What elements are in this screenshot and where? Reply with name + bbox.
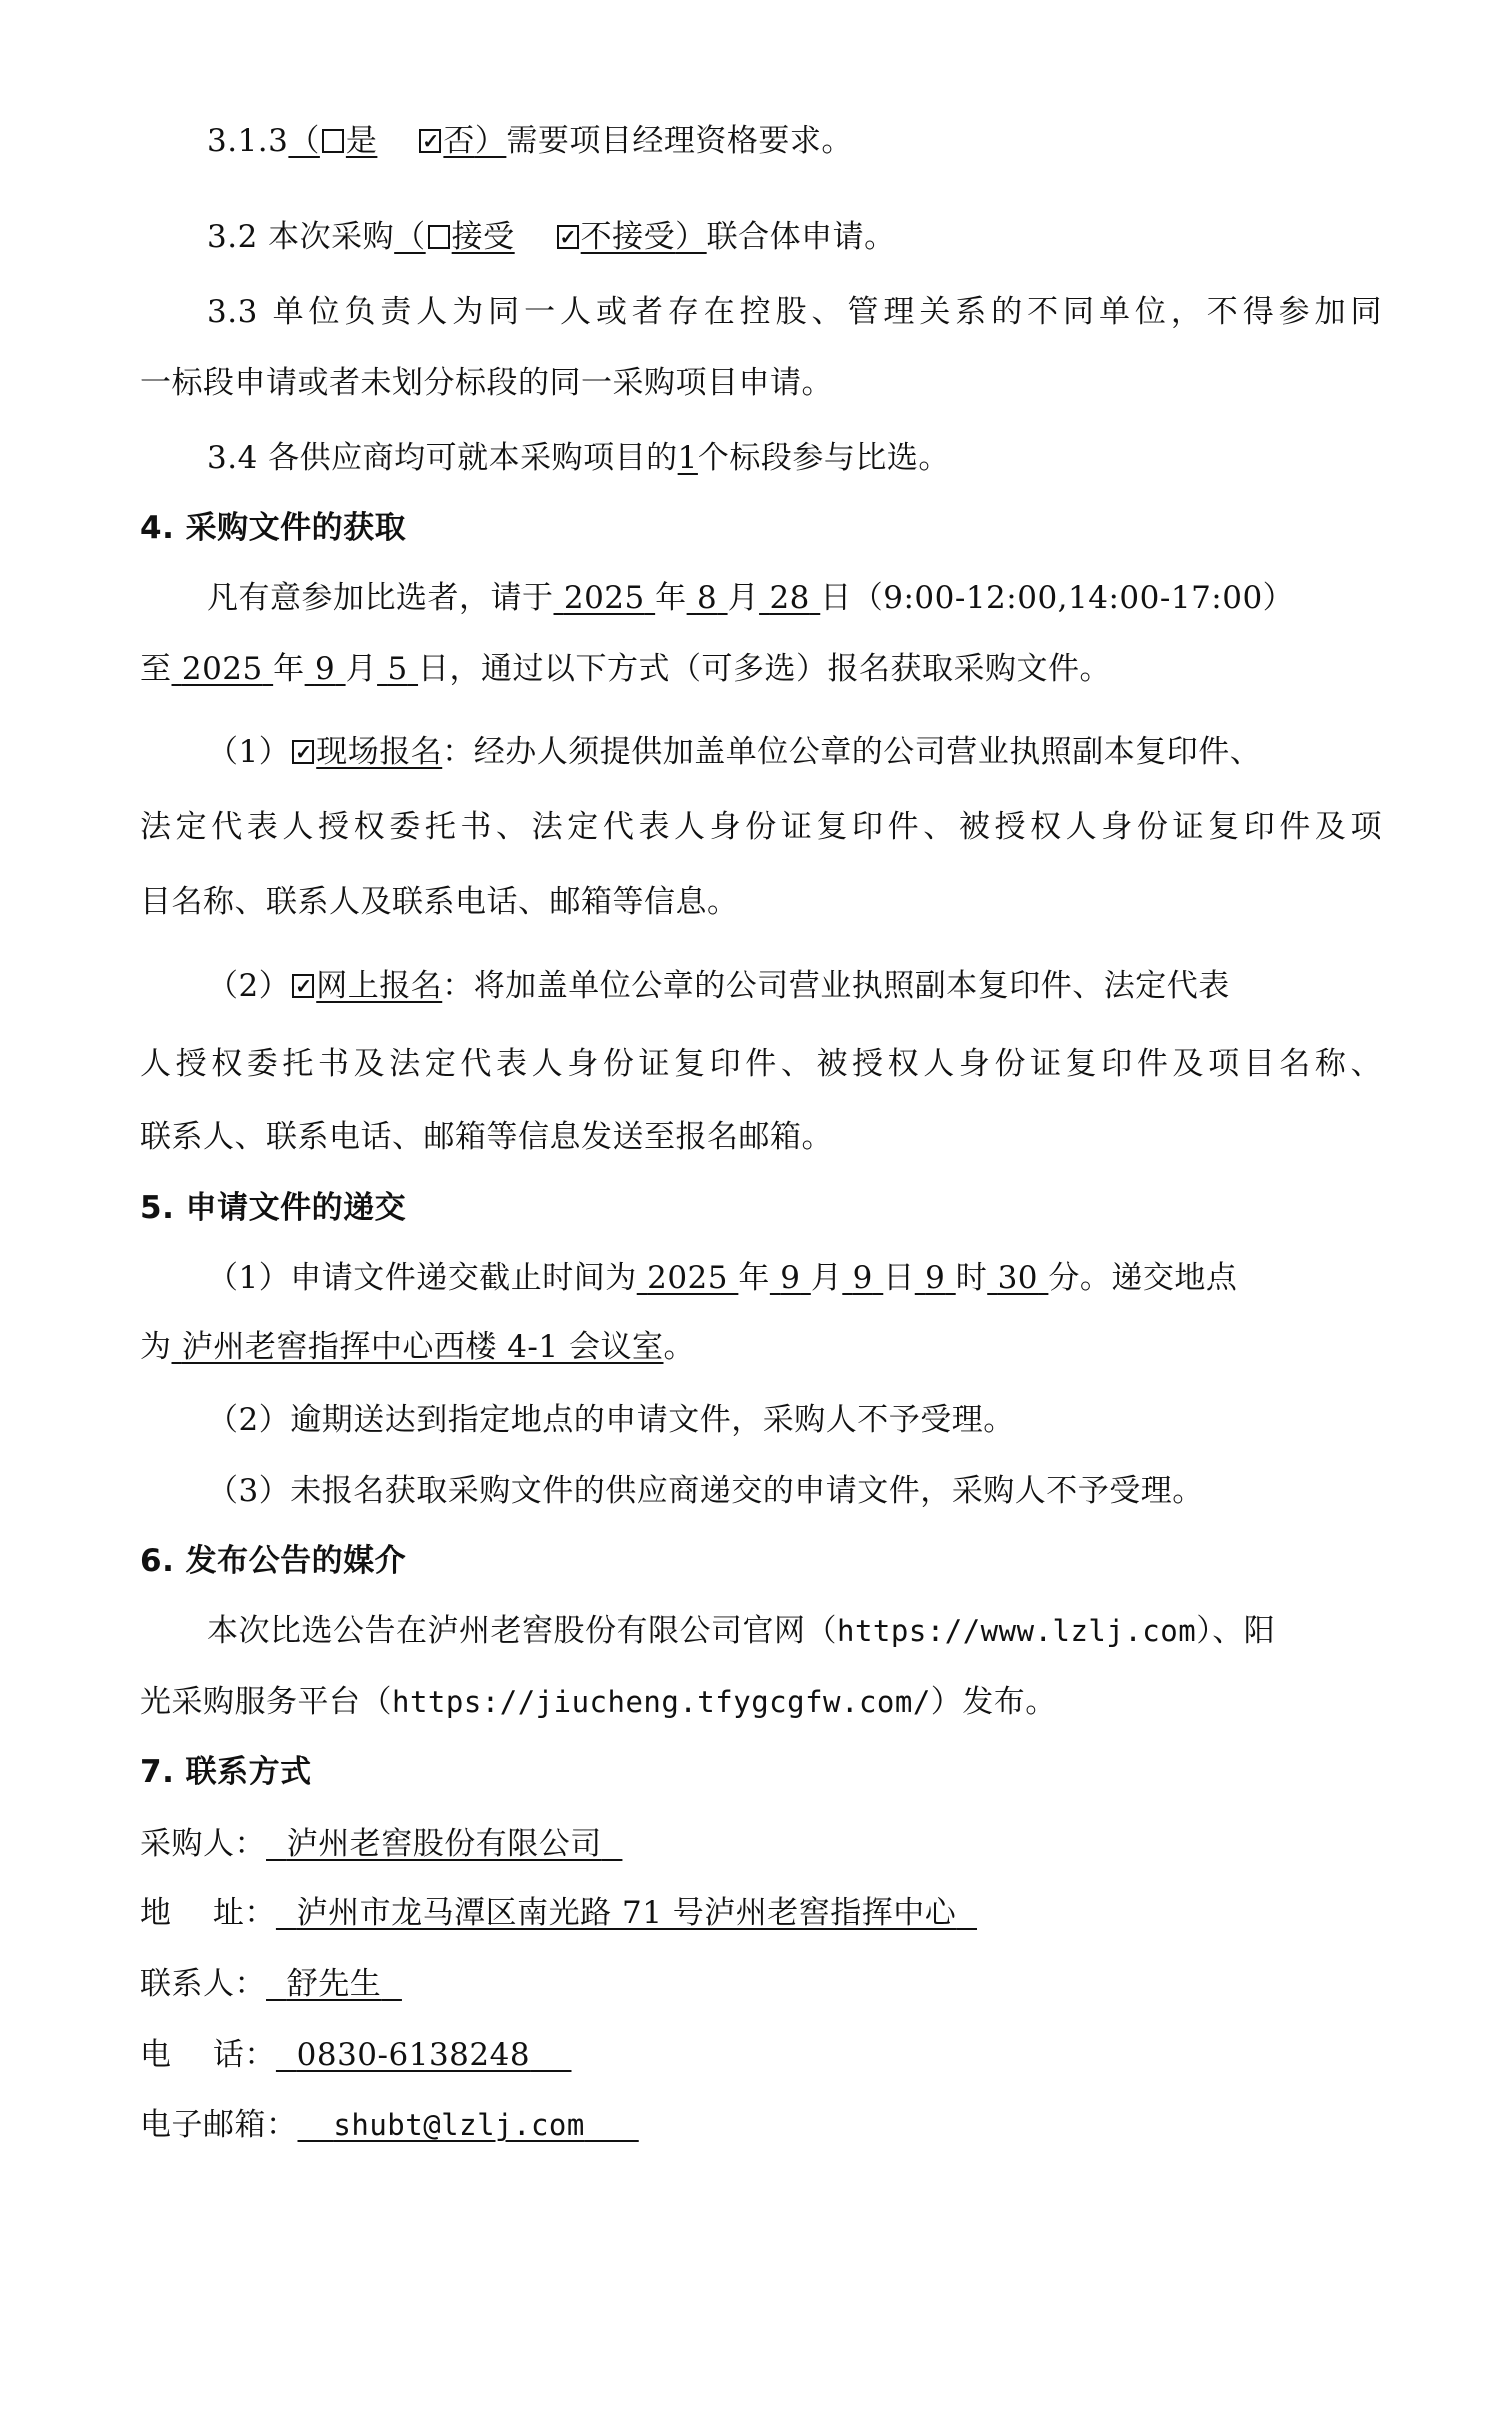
end-day: 5: [377, 651, 418, 687]
office-hours: （9:00-12:00,14:00-17:00）: [852, 580, 1294, 616]
media-line2: 光采购服务平台（https://jiucheng.tfygcgfw.com/）发…: [140, 1682, 1057, 1722]
media-line1: 本次比选公告在泸州老窖股份有限公司官网（https://www.lzlj.com…: [207, 1611, 1275, 1651]
section-4-intro-line1: 凡有意参加比选者，请于 2025 年 8 月 28 日（9:00-12:00,1…: [207, 578, 1294, 618]
item-3-3-line1: 3.3 单位负责人为同一人或者存在控股、管理关系的不同单位，不得参加同: [207, 292, 1382, 332]
contact-address: 地 址： 泸州市龙马潭区南光路 71 号泸州老窖指挥中心: [140, 1893, 977, 1933]
checkbox-reject-checked[interactable]: [557, 225, 579, 249]
online-registration-label: 网上报名: [290, 968, 442, 1004]
method-online-line3: 联系人、联系电话、邮箱等信息发送至报名邮箱。: [140, 1117, 833, 1157]
contact-purchaser: 采购人： 泸州老窖股份有限公司: [140, 1824, 622, 1864]
item-3-3-line2: 一标段申请或者未划分标段的同一采购项目申请。: [140, 363, 833, 403]
purchaser-value: 泸州老窖股份有限公司: [266, 1826, 622, 1862]
method-online-line1: （2）网上报名：将加盖单位公章的公司营业执照副本复印件、法定代表: [207, 966, 1230, 1006]
section-7-heading: 7. 联系方式: [140, 1752, 312, 1792]
onsite-registration-label: 现场报名: [290, 734, 442, 770]
contact-email: 电子邮箱： shubt@lzlj.com: [140, 2105, 639, 2145]
procurement-platform-link[interactable]: https://jiucheng.tfygcgfw.com/: [392, 1685, 931, 1719]
deadline-hour: 9: [915, 1260, 956, 1296]
contact-person-value: 舒先生: [266, 1966, 402, 2002]
method-online-line2: 人授权委托书及法定代表人身份证复印件、被授权人身份证复印件及项目名称、: [140, 1044, 1382, 1084]
deadline-day: 9: [842, 1260, 883, 1296]
deadline-month: 9: [770, 1260, 811, 1296]
submission-deadline-line1: （1）申请文件递交截止时间为 2025 年 9 月 9 日 9 时 30 分。递…: [207, 1258, 1237, 1298]
phone-value: 0830-6138248: [276, 2037, 572, 2073]
document-page: 3.1.3（是否）需要项目经理资格要求。 3.2 本次采购（接受不接受）联合体申…: [0, 0, 1500, 2413]
start-year: 2025: [554, 580, 656, 616]
method-onsite-line1: （1）现场报名：经办人须提供加盖单位公章的公司营业执照副本复印件、: [207, 732, 1261, 772]
start-month: 8: [687, 580, 728, 616]
end-month: 9: [305, 651, 346, 687]
checkbox-no-checked[interactable]: [419, 129, 441, 153]
lot-count: 1: [678, 440, 698, 476]
submission-unregistered-rule: （3）未报名获取采购文件的供应商递交的申请文件，采购人不予受理。: [207, 1471, 1204, 1511]
checkbox-online-checked[interactable]: [292, 974, 314, 998]
submission-location-line: 为 泸州老窖指挥中心西楼 4-1 会议室。: [140, 1327, 695, 1367]
contact-person: 联系人： 舒先生: [140, 1964, 402, 2004]
section-6-heading: 6. 发布公告的媒介: [140, 1541, 406, 1581]
email-value[interactable]: shubt@lzlj.com: [298, 2108, 639, 2142]
contact-phone: 电 话： 0830-6138248: [140, 2035, 572, 2075]
checkbox-onsite-checked[interactable]: [292, 740, 314, 764]
start-day: 28: [759, 580, 820, 616]
method-onsite-line3: 目名称、联系人及联系电话、邮箱等信息。: [140, 882, 739, 922]
submission-late-rule: （2）逾期送达到指定地点的申请文件，采购人不予受理。: [207, 1400, 1015, 1440]
item-3-1-3: 3.1.3（是否）需要项目经理资格要求。: [207, 121, 853, 161]
checkbox-yes[interactable]: [322, 129, 344, 153]
official-website-link[interactable]: https://www.lzlj.com: [837, 1614, 1196, 1648]
deadline-year: 2025: [637, 1260, 739, 1296]
item-3-4: 3.4 各供应商均可就本采购项目的1个标段参与比选。: [207, 438, 950, 478]
item-3-2: 3.2 本次采购（接受不接受）联合体申请。: [207, 217, 896, 257]
item-number: 3.1.3: [207, 123, 288, 159]
project-manager-qualification-options: （是否）: [288, 123, 506, 159]
section-5-heading: 5. 申请文件的递交: [140, 1188, 406, 1228]
submission-location: 泸州老窖指挥中心西楼 4-1 会议室: [172, 1329, 664, 1365]
checkbox-accept[interactable]: [428, 225, 450, 249]
section-4-heading: 4. 采购文件的获取: [140, 508, 406, 548]
consortium-options: （接受不接受）: [394, 219, 707, 255]
deadline-minute: 30: [987, 1260, 1048, 1296]
end-year: 2025: [172, 651, 274, 687]
method-onsite-line2: 法定代表人授权委托书、法定代表人身份证复印件、被授权人身份证复印件及项: [140, 807, 1382, 847]
section-4-intro-line2: 至 2025 年 9 月 5 日，通过以下方式（可多选）报名获取采购文件。: [140, 649, 1111, 689]
address-value: 泸州市龙马潭区南光路 71 号泸州老窖指挥中心: [276, 1895, 977, 1931]
